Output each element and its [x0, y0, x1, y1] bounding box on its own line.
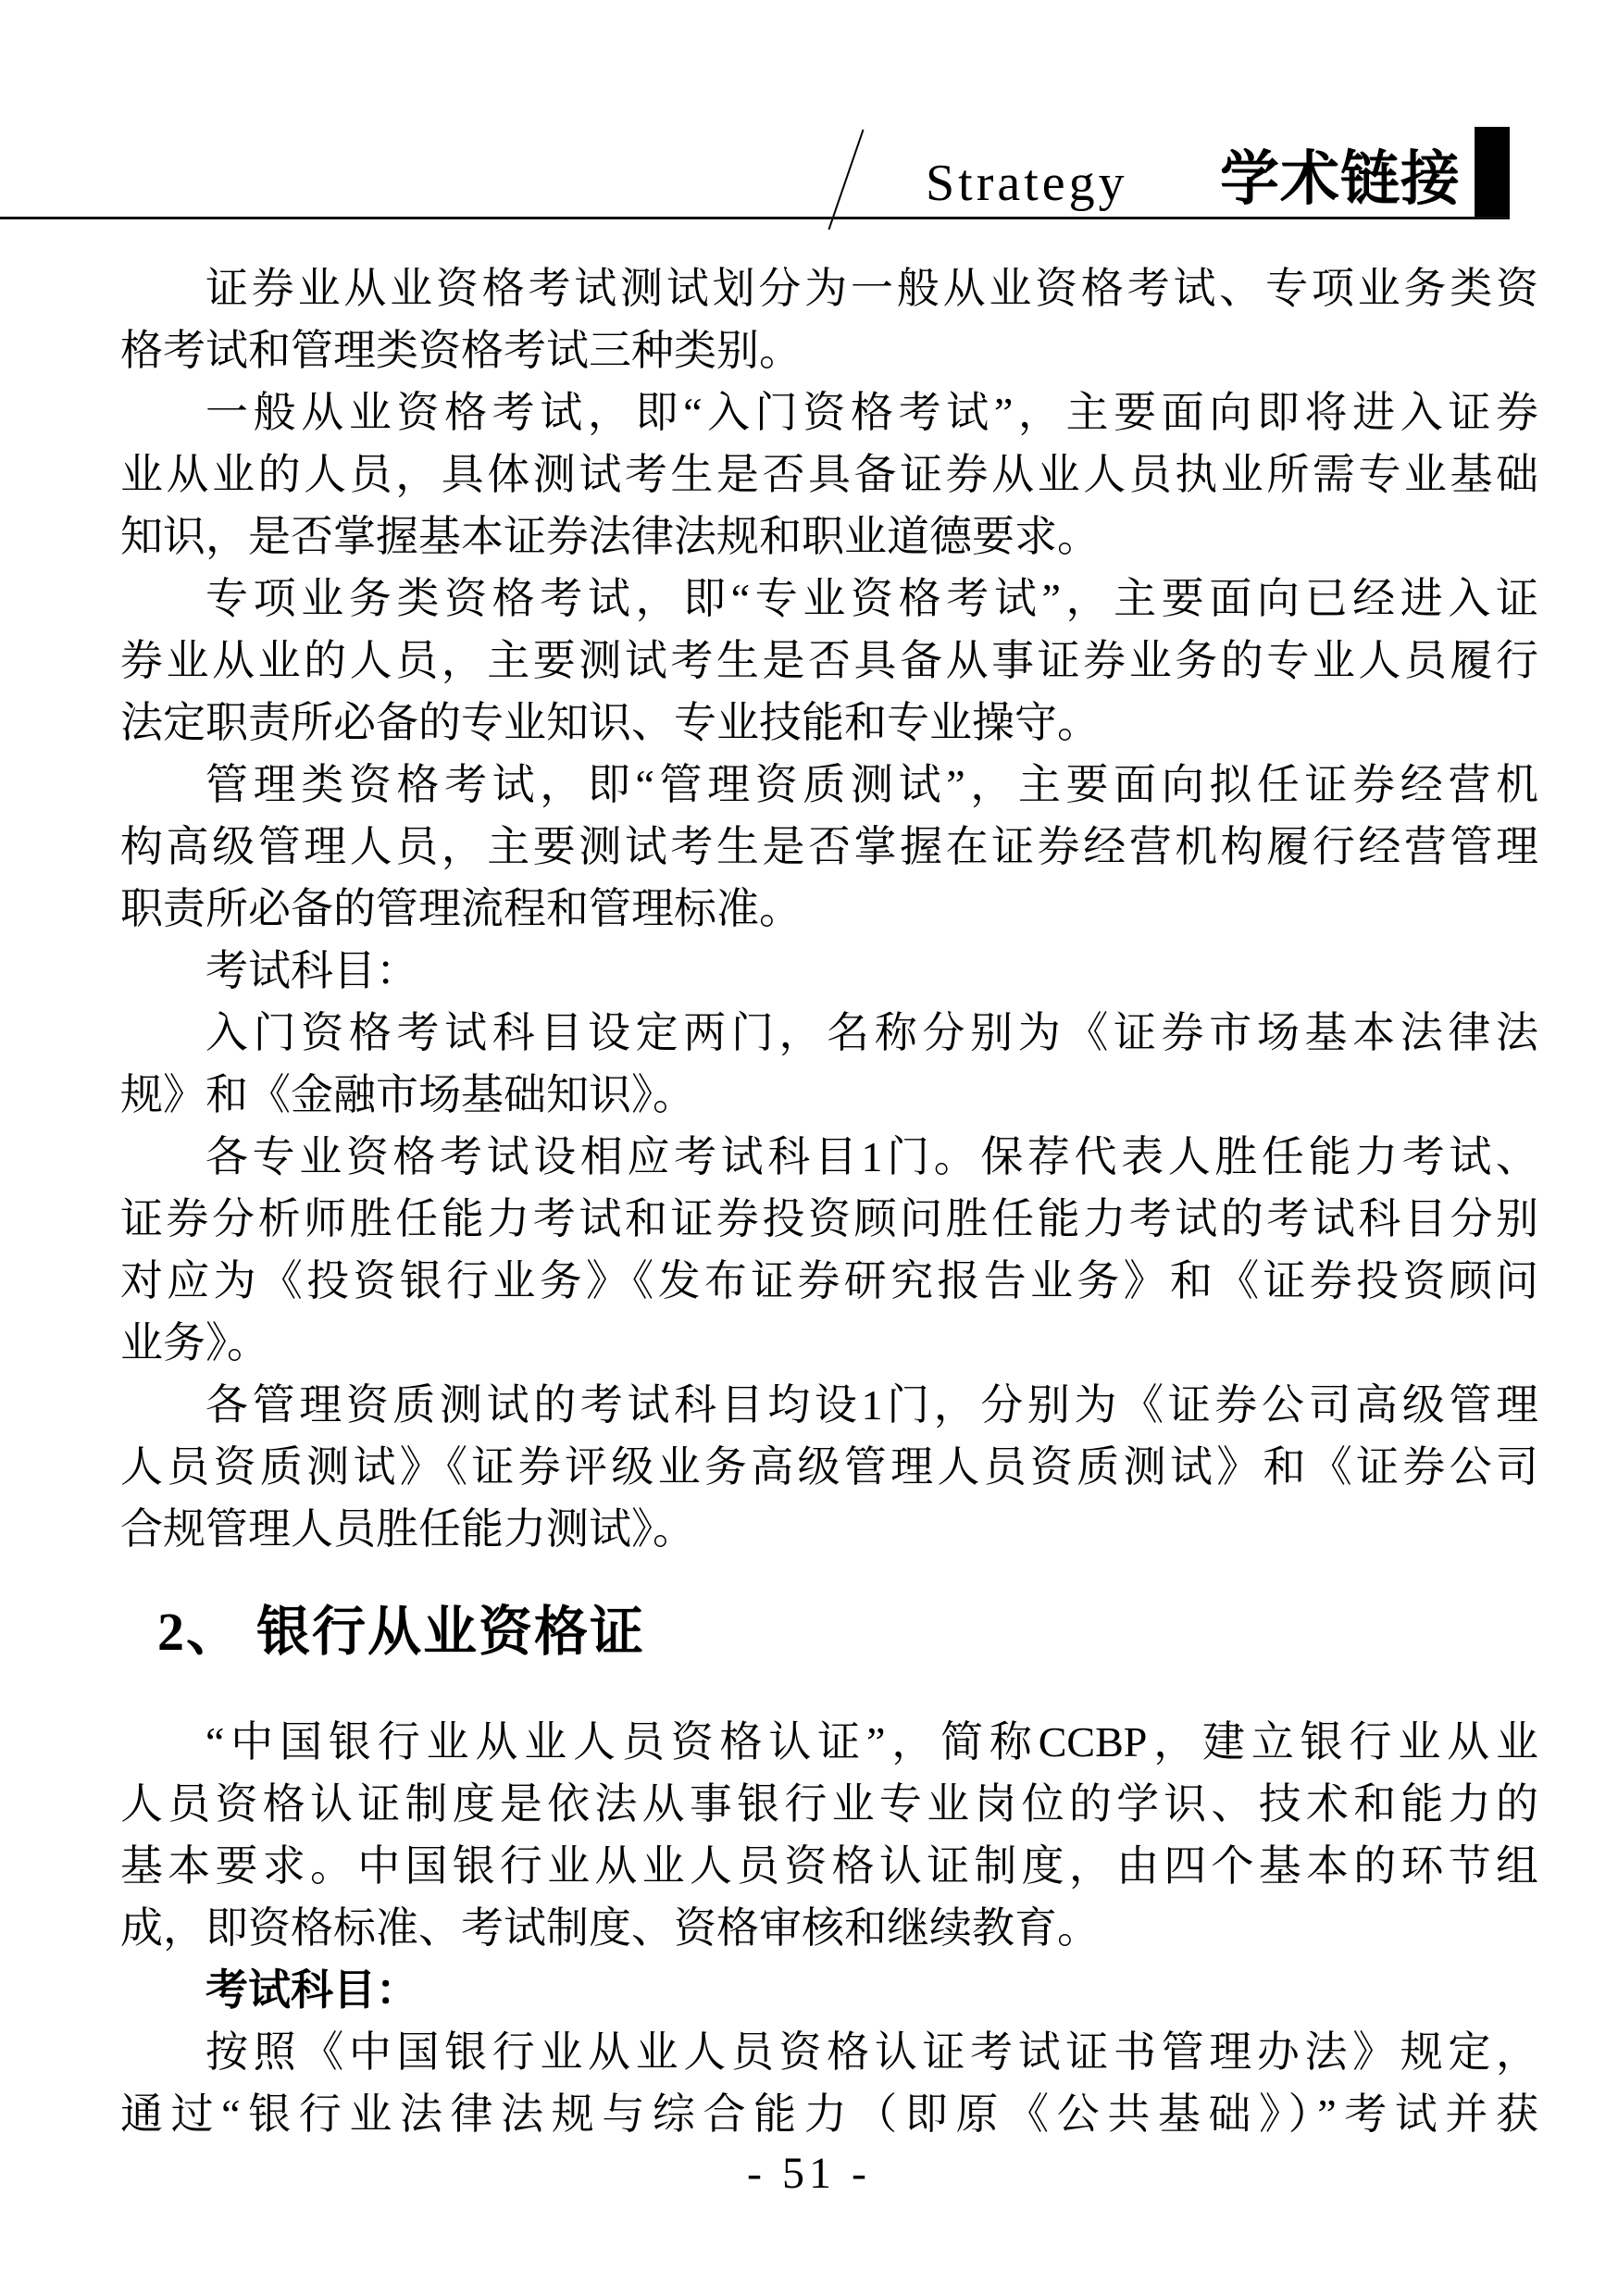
- text-line: 职责所必备的管理流程和管理标准。: [120, 878, 1538, 940]
- text-line: 规》和《金融市场基础知识》。: [120, 1064, 1538, 1126]
- text-line: 专项业务类资格考试，即“专业资格考试”，主要面向已经进入证: [120, 568, 1538, 630]
- text-line: 业务》。: [120, 1312, 1538, 1374]
- text-line: 券业从业的人员，主要测试考生是否具备从事证券业务的专业人员履行: [120, 630, 1538, 692]
- heading-title: 银行从业资格证: [256, 1602, 645, 1662]
- heading-number: 2、: [157, 1602, 242, 1662]
- text-line: 考试科目：: [120, 940, 1538, 1002]
- text-line: 对应为《投资银行业务》《发布证券研究报告业务》和《证券投资顾问: [120, 1250, 1538, 1312]
- text-line: 成，即资格标准、考试制度、资格审核和继续教育。: [120, 1897, 1538, 1959]
- header-corner-block: [1475, 127, 1510, 218]
- text-line: 人员资格认证制度是依法从事银行业专业岗位的学识、技术和能力的: [120, 1773, 1538, 1835]
- section-1-text: 证券业从业资格考试测试划分为一般从业资格考试、专项业务类资格考试和管理类资格考试…: [120, 257, 1538, 1560]
- text-line: 证券分析师胜任能力考试和证券投资顾问胜任能力考试的考试科目分别: [120, 1188, 1538, 1250]
- text-line: 证券业从业资格考试测试划分为一般从业资格考试、专项业务类资: [120, 257, 1538, 319]
- header-section-label: 学术链接: [1220, 142, 1470, 218]
- page-number: - 51 -: [0, 2146, 1618, 2202]
- text-line: 通过“银行业法律法规与综合能力（即原《公共基础》）”考试并获: [120, 2083, 1538, 2145]
- text-line: 管理类资格考试，即“管理资质测试”，主要面向拟任证券经营机: [120, 754, 1538, 816]
- text-line: 知识，是否掌握基本证券法律法规和职业道德要求。: [120, 505, 1538, 568]
- text-line: 一般从业资格考试，即“入门资格考试”，主要面向即将进入证券: [120, 381, 1538, 443]
- text-line: 各管理资质测试的考试科目均设1门，分别为《证券公司高级管理: [120, 1374, 1538, 1436]
- section-heading-2: 2、银行从业资格证: [157, 1594, 645, 1670]
- text-line: 基本要求。中国银行业从业人员资格认证制度，由四个基本的环节组: [120, 1835, 1538, 1897]
- text-line: 格考试和管理类资格考试三种类别。: [120, 319, 1538, 381]
- text-line: “中国银行业从业人员资格认证”，简称CCBP，建立银行业从业: [120, 1711, 1538, 1773]
- header-strategy-label: Strategy: [926, 151, 1128, 216]
- text-line: 入门资格考试科目设定两门，名称分别为《证券市场基本法律法: [120, 1002, 1538, 1064]
- document-page: Strategy 学术链接 证券业从业资格考试测试划分为一般从业资格考试、专项业…: [0, 0, 1618, 2296]
- header-divider-line: [0, 217, 1510, 219]
- text-line: 人员资质测试》《证券评级业务高级管理人员资质测试》和《证券公司: [120, 1436, 1538, 1498]
- text-line: 按照《中国银行业从业人员资格认证考试证书管理办法》规定，: [120, 2021, 1538, 2083]
- text-line: 合规管理人员胜任能力测试》。: [120, 1498, 1538, 1560]
- section-2-text: “中国银行业从业人员资格认证”，简称CCBP，建立银行业从业人员资格认证制度是依…: [120, 1711, 1538, 2145]
- text-line: 各专业资格考试设相应考试科目1门。保荐代表人胜任能力考试、: [120, 1126, 1538, 1188]
- text-line: 考试科目：: [120, 1959, 1538, 2021]
- text-line: 法定职责所必备的专业知识、专业技能和专业操守。: [120, 692, 1538, 754]
- text-line: 构高级管理人员，主要测试考生是否掌握在证券经营机构履行经营管理: [120, 816, 1538, 878]
- text-line: 业从业的人员，具体测试考生是否具备证券从业人员执业所需专业基础: [120, 443, 1538, 505]
- header-slash-divider: [828, 130, 864, 230]
